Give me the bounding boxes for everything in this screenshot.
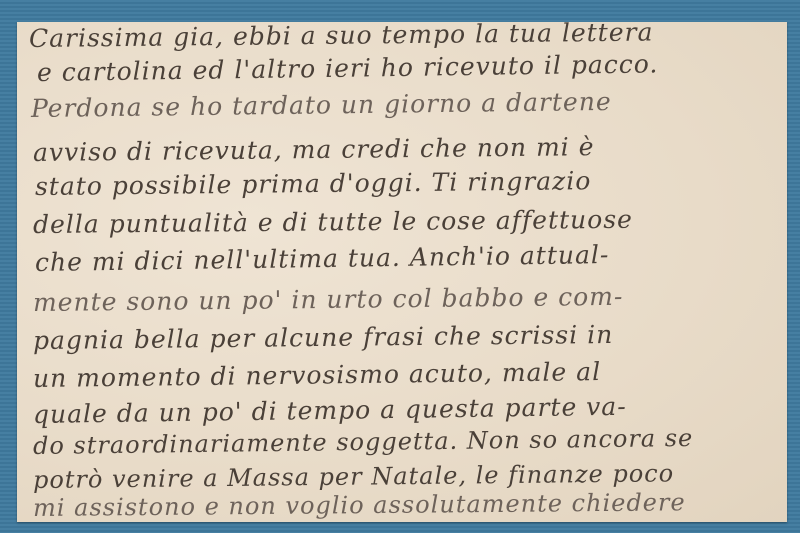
text-line-8: mente sono un po' in urto col babbo e co… xyxy=(33,282,624,317)
text-line-11: quale da un po' di tempo a questa parte … xyxy=(33,392,627,429)
text-line-14: mi assistono e non voglio assolutamente … xyxy=(33,488,686,522)
text-line-10: un momento di nervosismo acuto, male al xyxy=(33,357,601,393)
postcard: Carissima gia, ebbi a suo tempo la tua l… xyxy=(17,22,787,522)
text-line-7: che mi dici nell'ultima tua. Anch'io att… xyxy=(35,240,610,277)
text-line-12: do straordinariamente soggetta. Non so a… xyxy=(33,424,694,460)
text-line-6: della puntualità e di tutte le cose affe… xyxy=(33,205,633,239)
text-line-4: avviso di ricevuta, ma credi che non mi … xyxy=(33,132,595,167)
text-line-9: pagnia bella per alcune frasi che scriss… xyxy=(33,320,614,355)
text-line-5: stato possibile prima d'oggi. Ti ringraz… xyxy=(35,166,592,201)
text-line-3: Perdona se ho tardato un giorno a darten… xyxy=(31,87,612,123)
text-line-2: e cartolina ed l'altro ieri ho ricevuto … xyxy=(37,49,659,87)
text-line-1: Carissima gia, ebbi a suo tempo la tua l… xyxy=(29,17,654,53)
